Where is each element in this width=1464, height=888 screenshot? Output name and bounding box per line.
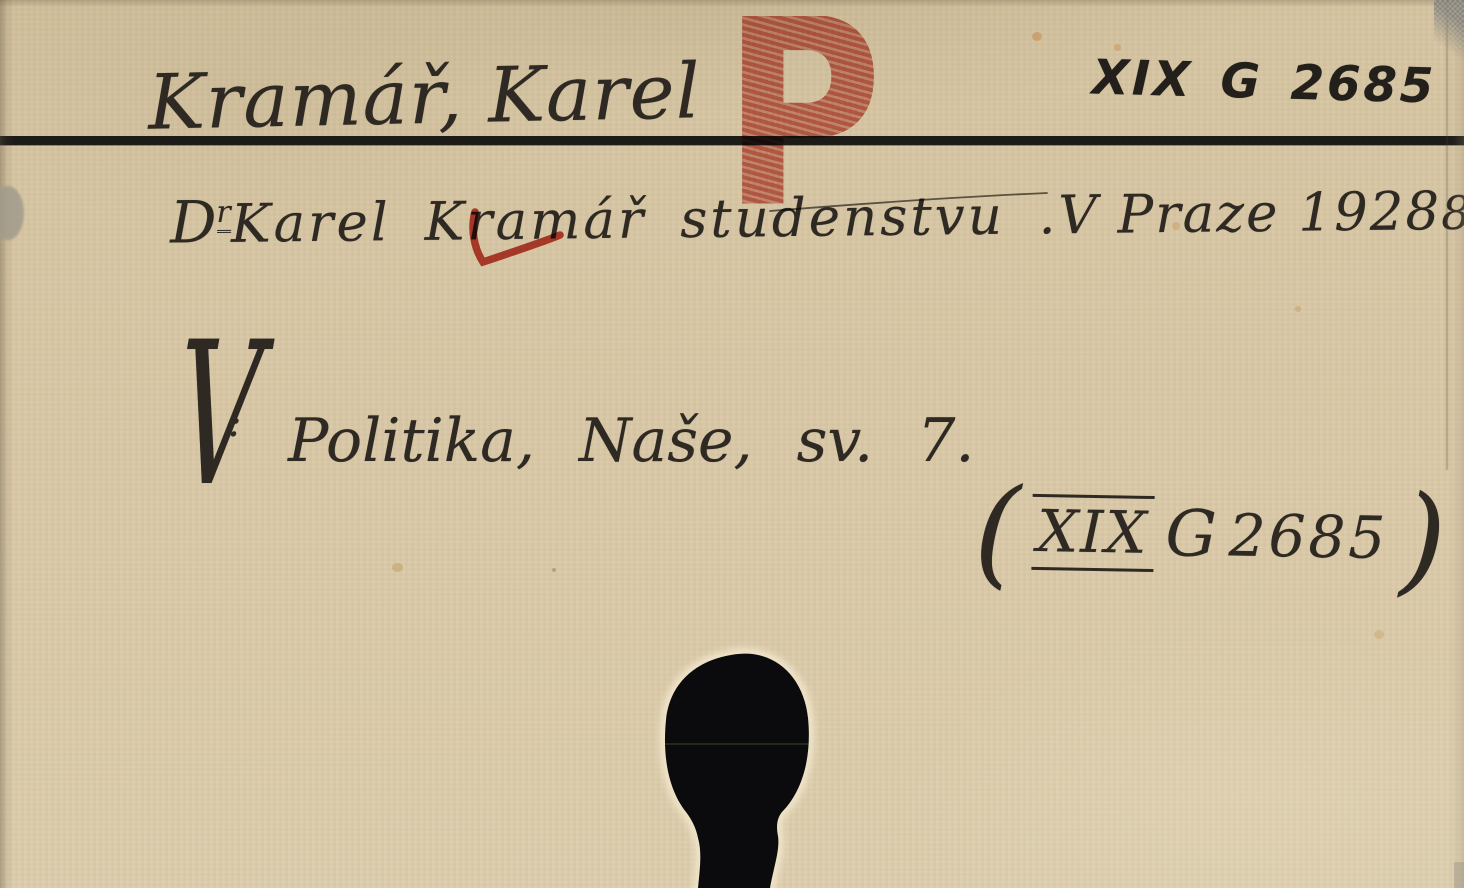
catalog-card: Kramář, Karel XIX G 2685 P Dr Karel Kram… [0, 0, 1464, 888]
pen-stroke-flourish [765, 185, 1055, 225]
card-edge-top [0, 0, 1464, 7]
author-heading: Kramář, Karel [147, 46, 702, 147]
card-edge-crease [1446, 0, 1448, 470]
call-number: XIX G 2685 [1091, 50, 1437, 115]
open-paren: ( [973, 472, 1021, 591]
reference-title: Politika, Naše, sv. 7. [288, 406, 975, 476]
paper-stain [552, 568, 556, 572]
author-prefix: Dr [170, 188, 232, 257]
close-paren: ) [1399, 479, 1447, 598]
prefix-superscript: r [216, 195, 231, 233]
punch-hole [636, 640, 846, 888]
shelfmark-number: 2685 [1228, 501, 1389, 572]
paper-stain [1295, 306, 1301, 312]
volume-abbreviation: sv. [797, 406, 874, 476]
paper-stain [392, 563, 403, 572]
shelfmark-note: ( XIX G 2685 ) [973, 472, 1447, 598]
paper-stain [1374, 630, 1384, 639]
volume-number: 7. [917, 406, 974, 476]
card-edge-right [1447, 0, 1464, 888]
card-edge-left [0, 0, 14, 888]
reference-title-word: Politika, [288, 406, 535, 476]
reference-title-word: Naše, [579, 406, 753, 476]
imprint-statement: V Praze 1928 [1058, 181, 1441, 246]
red-checkmark-icon [455, 198, 575, 278]
in-reference-mark: V [172, 336, 265, 494]
shelfmark-roman-class: XIX [1031, 494, 1154, 572]
prefix-initial: D [170, 188, 217, 256]
shelfmark-section-letter: G [1165, 497, 1217, 572]
scan-corner-patch [1454, 862, 1464, 888]
reference-colon: : [228, 400, 241, 446]
paper-stain [1032, 32, 1042, 41]
scan-corner-patch [1434, 0, 1464, 62]
scan-edge-blemish [0, 186, 24, 240]
